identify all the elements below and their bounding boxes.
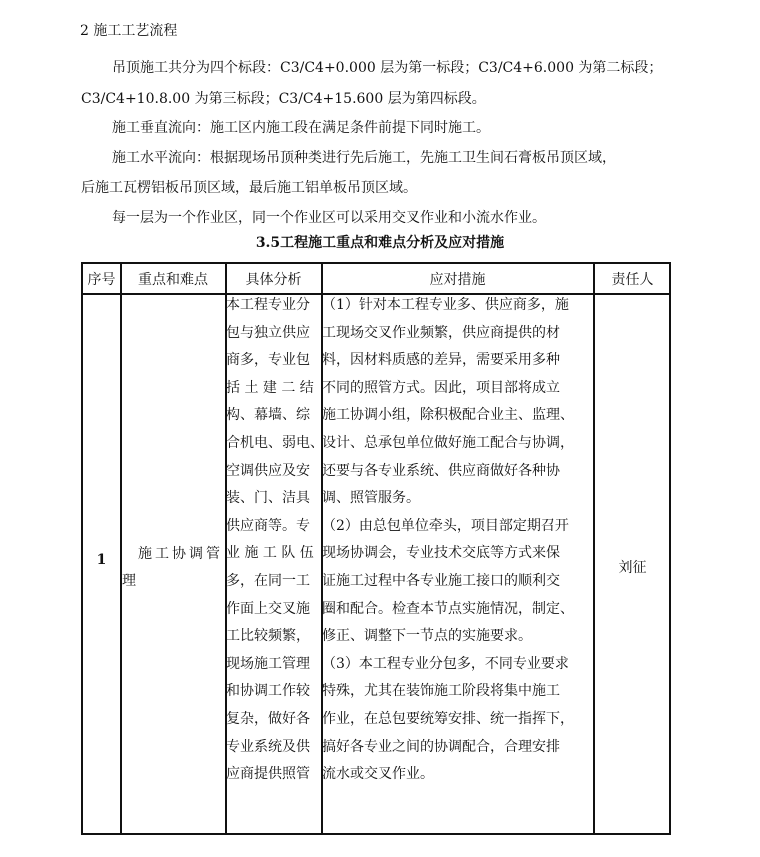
key-points-table: 序号 重点和难点 具体分析 应对措施 责任人 1 施工协调管 理 本工程专业分包…: [81, 262, 671, 835]
row-key-point-line-2: 理: [122, 570, 136, 590]
paragraph-vertical-flow: 施工垂直流向：施工区内施工段在满足条件前提下同时施工。: [112, 119, 490, 137]
header-responsible: 责任人: [594, 268, 671, 292]
row-key-point-line-1: 施工协调管: [138, 543, 223, 563]
column-divider: [593, 264, 595, 833]
paragraph-segments-line-2: C3/C4+10.8.00 为第三标段；C3/C4+15.600 层为第四标段。: [81, 90, 486, 108]
header-key-point: 重点和难点: [121, 268, 225, 292]
table-title: 3.5工程施工重点和难点分析及应对措施: [0, 234, 760, 252]
row-responsible: 刘征: [594, 557, 671, 577]
paragraph-horizontal-flow-line-1: 施工水平流向：根据现场吊顶种类进行先后施工，先施工卫生间石膏板吊顶区域，: [112, 149, 616, 167]
paragraph-work-zone: 每一层为一个作业区，同一个作业区可以采用交叉作业和小流水作业。: [112, 209, 546, 227]
header-index: 序号: [83, 268, 120, 292]
header-analysis: 具体分析: [226, 268, 321, 292]
section-heading: 2 施工工艺流程: [80, 22, 177, 40]
paragraph-horizontal-flow-line-2: 后施工瓦楞铝板吊顶区域，最后施工铝单板吊顶区域。: [81, 179, 417, 197]
header-measures: 应对措施: [322, 268, 593, 292]
row-index: 1: [83, 552, 120, 568]
row-measures: （1）针对本工程专业多、供应商多，施工现场交叉作业频繁，供应商提供的材料，因材料…: [322, 292, 574, 789]
paragraph-segments-line-1: 吊顶施工共分为四个标段：C3/C4+0.000 层为第一标段；C3/C4+6.0…: [112, 59, 662, 77]
row-analysis: 本工程专业分包与独立供应商多，专业包括 土 建 二 结构、幕墙、综合机电、弱电、…: [226, 292, 324, 789]
column-divider: [120, 264, 122, 833]
